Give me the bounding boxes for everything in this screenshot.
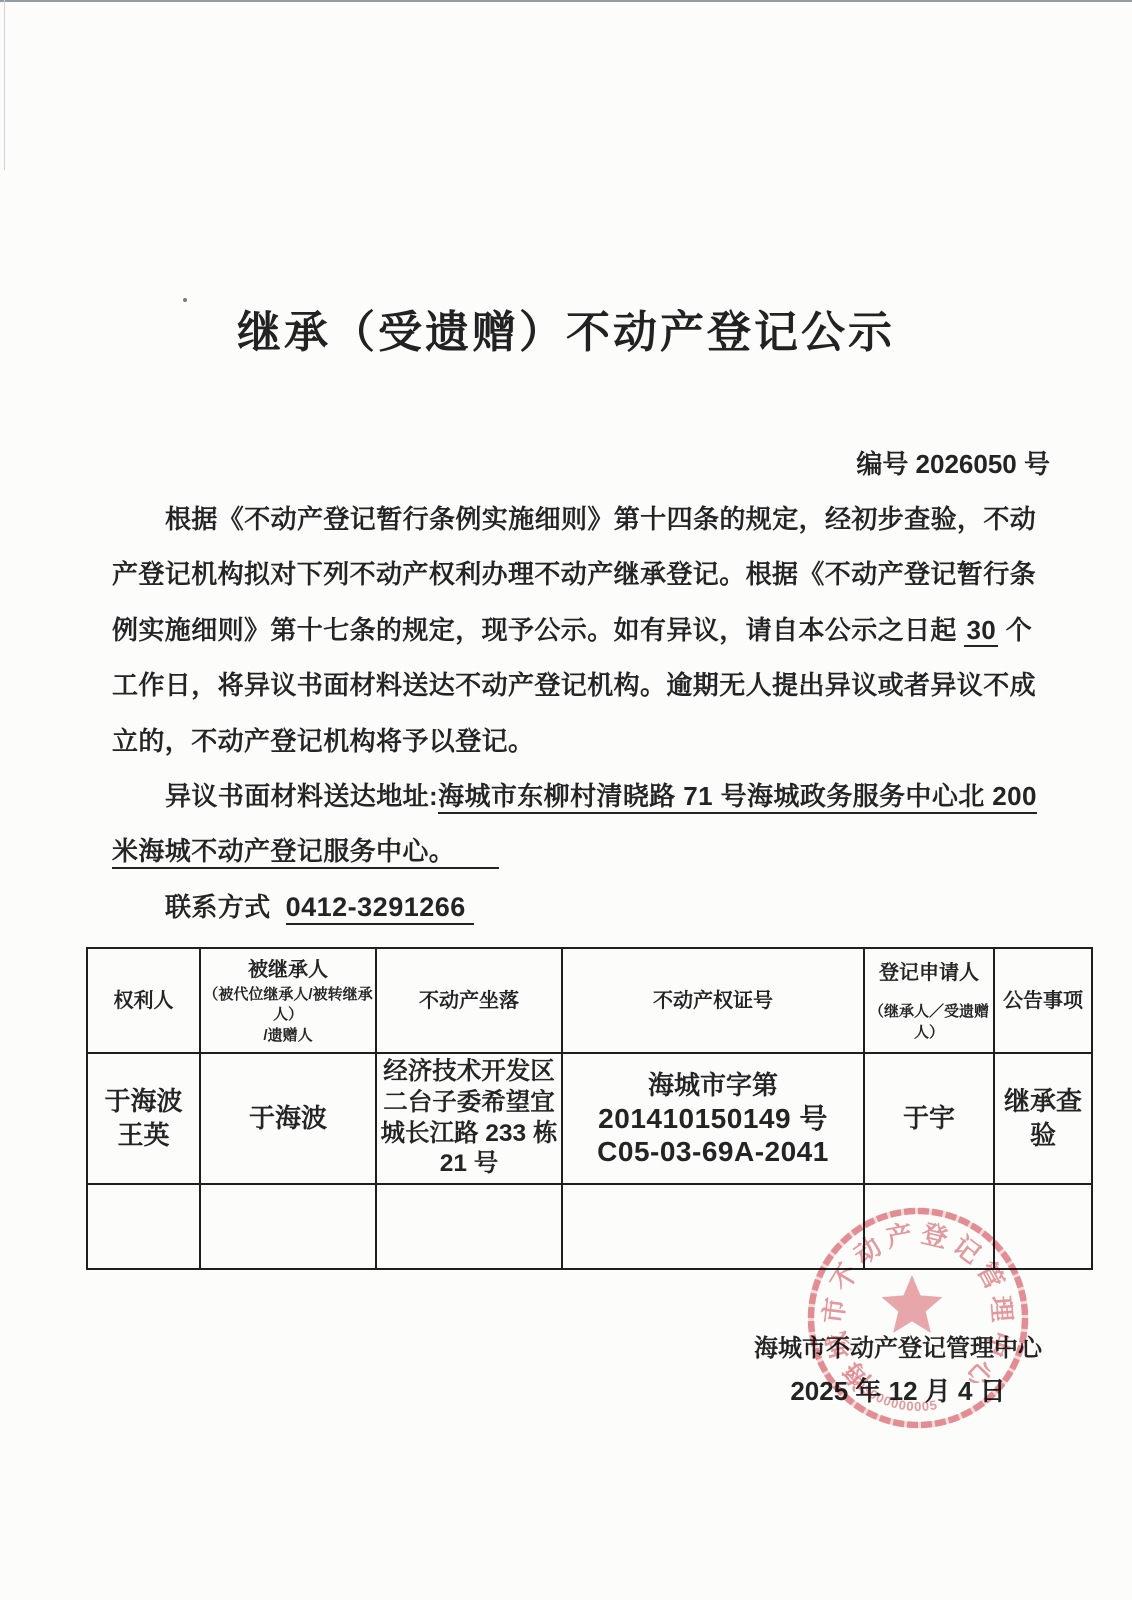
header-certificate-no: 不动产权证号 — [562, 948, 864, 1053]
paragraph1-line1: 根据《不动产登记暂行条例实施细则》第十四条的规定，经初步查验，不动 — [112, 492, 1044, 547]
header-decedent: 被继承人 （被代位继承人/被转继承人） /遗赠人 — [200, 948, 376, 1053]
empty-cell — [200, 1184, 376, 1269]
objection-days: 30 — [964, 615, 998, 647]
cell-location: 经济技术开发区二台子委希望宜城长江路 233 栋 21 号 — [376, 1053, 562, 1184]
header-applicant-main: 登记申请人 — [867, 958, 991, 988]
empty-cell — [864, 1184, 994, 1269]
header-decedent-sub2: /遗赠人 — [203, 1026, 373, 1046]
paragraph1-line5: 立的，不动产登记机构将予以登记。 — [112, 714, 1044, 769]
header-notice-item-label: 公告事项 — [997, 986, 1089, 1016]
document-title: 继承（受遗赠）不动产登记公示 — [0, 296, 1132, 360]
header-rights-holder-label: 权利人 — [90, 986, 197, 1016]
empty-cell — [994, 1184, 1092, 1269]
body-paragraphs: 根据《不动产登记暂行条例实施细则》第十四条的规定，经初步查验，不动 产登记机构拟… — [112, 492, 1044, 935]
contact-phone: 0412-3291266 — [286, 892, 474, 925]
paragraph1-line2: 产登记机构拟对下列不动产权利办理不动产继承登记。根据《不动产登记暂行条 — [112, 547, 1044, 602]
header-property-location: 不动产坐落 — [376, 948, 562, 1053]
property-location-value: 经济技术开发区二台子委希望宜城长江路 233 栋 21 号 — [379, 1057, 559, 1180]
paragraph1-line3-post: 个 — [998, 615, 1032, 645]
empty-cell — [562, 1184, 864, 1269]
cell-notice: 继承查验 — [994, 1053, 1092, 1184]
cell-rights-holder: 于海波 王英 — [87, 1053, 200, 1184]
paragraph1-line3: 例实施细则》第十七条的规定，现予公示。如有异议，请自本公示之日起 30 个 — [112, 603, 1044, 658]
issue-date: 2025 年 12 月 4 日 — [752, 1371, 1044, 1408]
header-applicant: 登记申请人 （继承人／受遗赠人） — [864, 948, 994, 1053]
rights-holder-name2: 王英 — [90, 1119, 197, 1153]
scan-edge-artifact-top — [0, 0, 1132, 2]
certificate-line3: C05-03-69A-2041 — [565, 1135, 861, 1168]
empty-cell — [376, 1184, 562, 1269]
address-label: 异议书面材料送达地址: — [165, 781, 438, 811]
header-notice-item: 公告事项 — [994, 948, 1092, 1053]
header-decedent-main: 被继承人 — [203, 955, 373, 985]
header-rights-holder: 权利人 — [87, 948, 200, 1053]
certificate-line2: 201410150149 号 — [565, 1102, 861, 1135]
seal-star-icon — [882, 1275, 943, 1333]
table-header-row: 权利人 被继承人 （被代位继承人/被转继承人） /遗赠人 不动产坐落 不动产权证… — [87, 948, 1092, 1053]
empty-cell — [87, 1184, 200, 1269]
header-applicant-sub: （继承人／受遗赠人） — [867, 1002, 991, 1043]
scanned-notice-page: 继承（受遗赠）不动产登记公示 编号 2026050 号 根据《不动产登记暂行条例… — [0, 0, 1132, 1600]
table-data-row: 于海波 王英 于海波 经济技术开发区二台子委希望宜城长江路 233 栋 21 号… — [87, 1053, 1092, 1184]
address-value-part1: 海城市东柳村清晓路 71 号海城政务服务中心北 200 — [438, 781, 1037, 814]
notice-item-value: 继承查验 — [997, 1085, 1089, 1153]
rights-holder-name1: 于海波 — [90, 1085, 197, 1119]
address-value-part2: 米海城不动产登记服务中心。 — [112, 836, 499, 869]
header-property-location-label: 不动产坐落 — [379, 986, 559, 1016]
issuing-organization: 海城市不动产登记管理中心 — [752, 1328, 1044, 1363]
signature-block: 海城市不动产登记管理中心 2025 年 12 月 4 日 — [752, 1328, 1044, 1408]
registration-table: 权利人 被继承人 （被代位继承人/被转继承人） /遗赠人 不动产坐落 不动产权证… — [86, 947, 1093, 1270]
cell-certificate: 海城市字第 201410150149 号 C05-03-69A-2041 — [562, 1053, 864, 1184]
table-empty-row — [87, 1184, 1092, 1269]
paragraph1-line4: 工作日，将异议书面材料送达不动产登记机构。逾期无人提出异议或者异议不成 — [112, 658, 1044, 713]
certificate-line1: 海城市字第 — [565, 1069, 861, 1102]
document-number: 编号 2026050 号 — [856, 444, 1050, 481]
address-line1: 异议书面材料送达地址:海城市东柳村清晓路 71 号海城政务服务中心北 200 — [112, 769, 1044, 824]
contact-line: 联系方式0412-3291266 — [112, 880, 1044, 935]
applicant-name: 于宇 — [867, 1102, 991, 1136]
contact-label: 联系方式 — [165, 892, 271, 922]
decedent-name: 于海波 — [203, 1102, 373, 1136]
paragraph1-line3-pre: 例实施细则》第十七条的规定，现予公示。如有异议，请自本公示之日起 — [112, 615, 964, 645]
header-certificate-no-label: 不动产权证号 — [565, 986, 861, 1016]
header-decedent-sub: （被代位继承人/被转继承人） — [203, 985, 373, 1026]
cell-applicant: 于宇 — [864, 1053, 994, 1184]
scan-edge-artifact-left — [4, 0, 5, 170]
cell-decedent: 于海波 — [200, 1053, 376, 1184]
address-line2: 米海城不动产登记服务中心。 — [112, 824, 1044, 879]
